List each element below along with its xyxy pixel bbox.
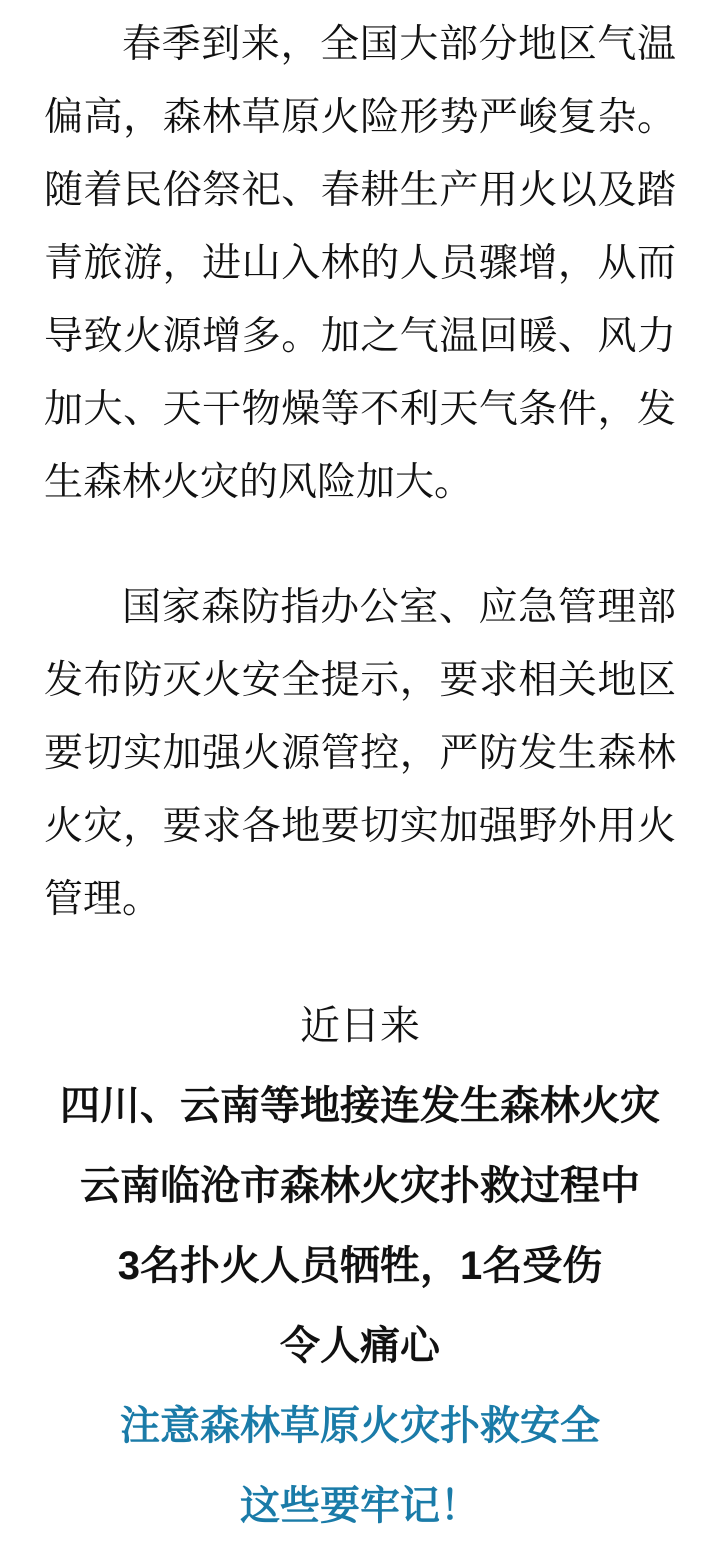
headline-line-intro: 近日来 bbox=[44, 1002, 676, 1050]
body-paragraph-1: 春季到来，全国大部分地区气温偏高，森林草原火险形势严峻复杂。随着民俗祭祀、春耕生… bbox=[44, 8, 676, 519]
article-body: 春季到来，全国大部分地区气温偏高，森林草原火险形势严峻复杂。随着民俗祭祀、春耕生… bbox=[0, 0, 720, 1530]
headline-line-safety-notice: 注意森林草原火灾扑救安全 bbox=[44, 1402, 676, 1450]
headline-line-lincang-fire: 云南临沧市森林火灾扑救过程中 bbox=[44, 1162, 676, 1210]
headline-line-heartbreaking: 令人痛心 bbox=[44, 1322, 676, 1370]
headline-line-fires-occurred: 四川、云南等地接连发生森林火灾 bbox=[44, 1082, 676, 1130]
headline-line-remember: 这些要牢记！ bbox=[44, 1482, 676, 1530]
body-paragraph-2: 国家森防指办公室、应急管理部发布防灭火安全提示，要求相关地区要切实加强火源管控，… bbox=[44, 571, 676, 936]
headline-line-casualties: 3名扑火人员牺牲，1名受伤 bbox=[44, 1242, 676, 1290]
headline-block: 近日来 四川、云南等地接连发生森林火灾 云南临沧市森林火灾扑救过程中 3名扑火人… bbox=[44, 1002, 676, 1530]
